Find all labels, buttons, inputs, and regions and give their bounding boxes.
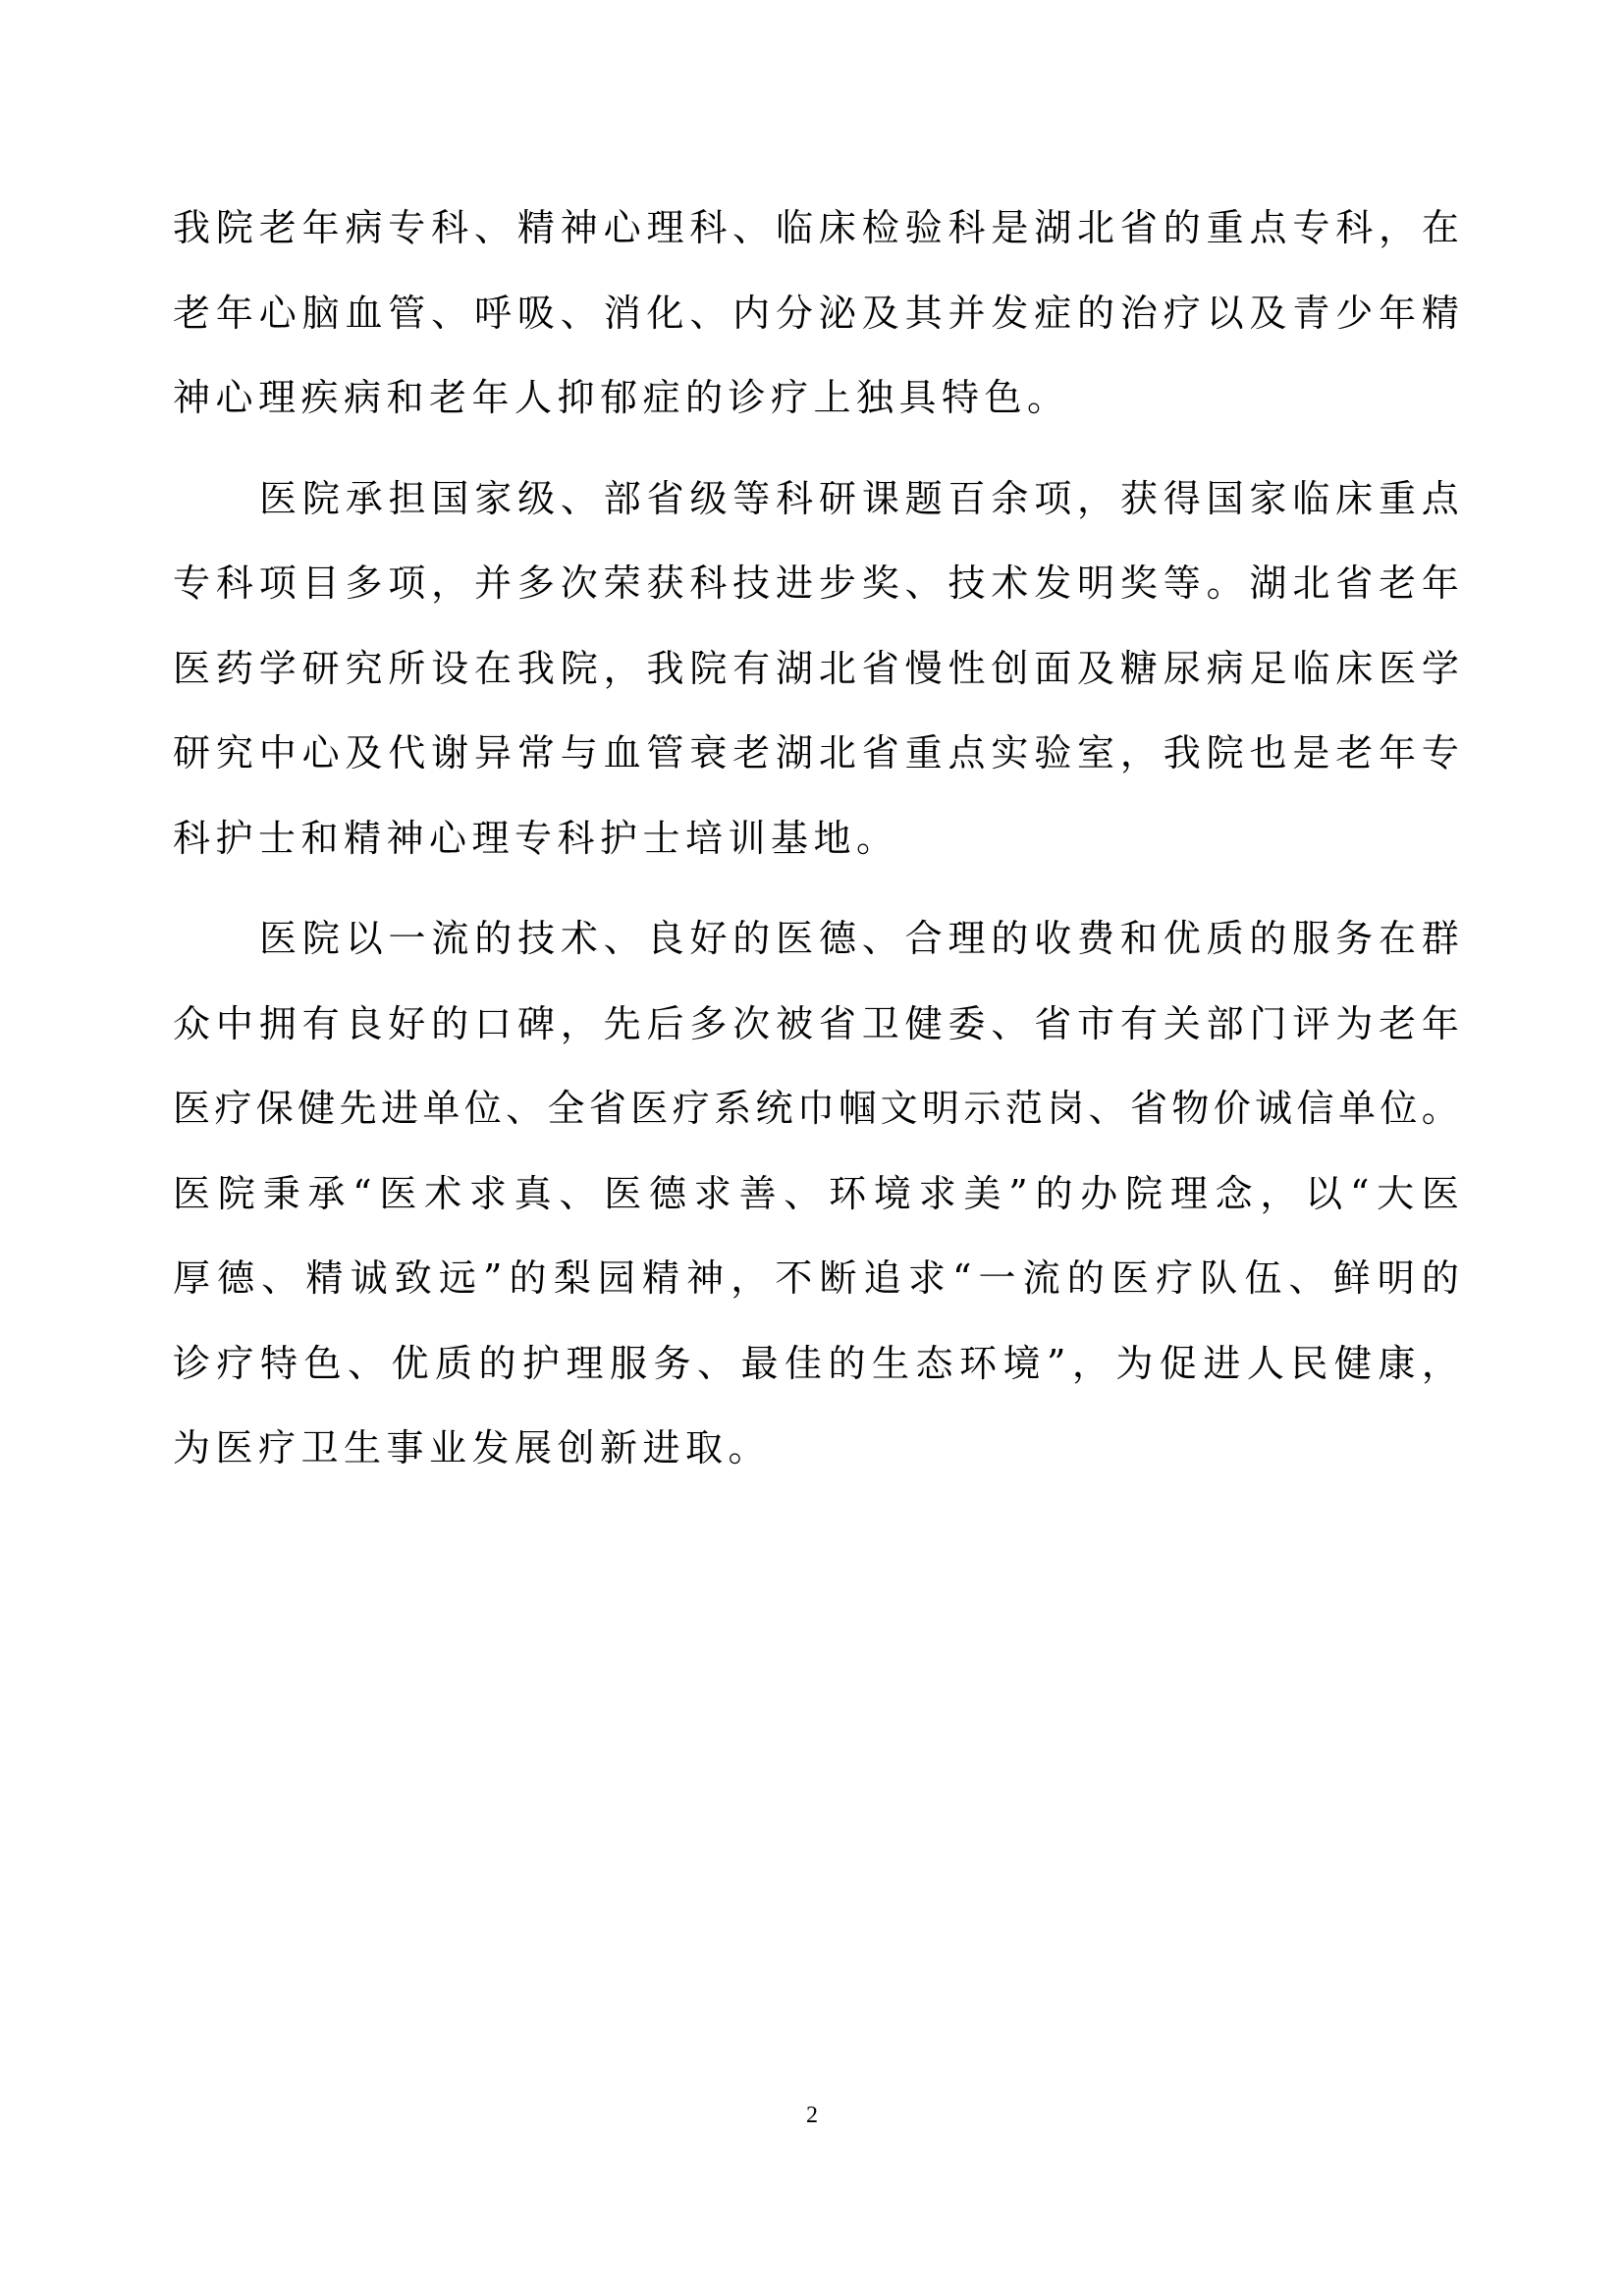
text-line: 科护士和精神心理专科护士培训基地。 bbox=[173, 796, 1459, 881]
text-line: 我院老年病专科、精神心理科、临床检验科是湖北省的重点专科，在 bbox=[173, 186, 1459, 271]
text-line: 研究中心及代谢异常与血管衰老湖北省重点实验室，我院也是老年专 bbox=[173, 711, 1459, 796]
text-line: 厚德、精诚致远”的梨园精神，不断追求“一流的医疗队伍、鲜明的 bbox=[173, 1236, 1459, 1321]
text-line: 医药学研究所设在我院，我院有湖北省慢性创面及糖尿病足临床医学 bbox=[173, 626, 1459, 712]
text-line: 专科项目多项，并多次荣获科技进步奖、技术发明奖等。湖北省老年 bbox=[173, 541, 1459, 626]
text-line: 众中拥有良好的口碑，先后多次被省卫健委、省市有关部门评为老年 bbox=[173, 982, 1459, 1067]
body-text: 我院老年病专科、精神心理科、临床检验科是湖北省的重点专科，在 老年心脑血管、呼吸… bbox=[173, 186, 1459, 1507]
document-page: 我院老年病专科、精神心理科、临床检验科是湖北省的重点专科，在 老年心脑血管、呼吸… bbox=[0, 0, 1624, 2296]
text-line: 诊疗特色、优质的护理服务、最佳的生态环境”，为促进人民健康， bbox=[173, 1321, 1459, 1407]
text-line: 老年心脑血管、呼吸、消化、内分泌及其并发症的治疗以及青少年精 bbox=[173, 271, 1459, 356]
paragraph-reputation: 医院以一流的技术、良好的医德、合理的收费和优质的服务在群 众中拥有良好的口碑，先… bbox=[173, 896, 1459, 1491]
text-line: 神心理疾病和老年人抑郁症的诊疗上独具特色。 bbox=[173, 355, 1459, 441]
paragraph-research: 医院承担国家级、部省级等科研课题百余项，获得国家临床重点 专科项目多项，并多次荣… bbox=[173, 456, 1459, 881]
text-line: 医院以一流的技术、良好的医德、合理的收费和优质的服务在群 bbox=[173, 896, 1459, 982]
page-number: 2 bbox=[0, 2099, 1624, 2132]
text-line: 为医疗卫生事业发展创新进取。 bbox=[173, 1406, 1459, 1491]
text-line: 医疗保健先进单位、全省医疗系统巾帼文明示范岗、省物价诚信单位。 bbox=[173, 1066, 1459, 1151]
paragraph-specialties: 我院老年病专科、精神心理科、临床检验科是湖北省的重点专科，在 老年心脑血管、呼吸… bbox=[173, 186, 1459, 441]
text-line: 医院秉承“医术求真、医德求善、环境求美”的办院理念，以“大医 bbox=[173, 1151, 1459, 1237]
text-line: 医院承担国家级、部省级等科研课题百余项，获得国家临床重点 bbox=[173, 456, 1459, 542]
